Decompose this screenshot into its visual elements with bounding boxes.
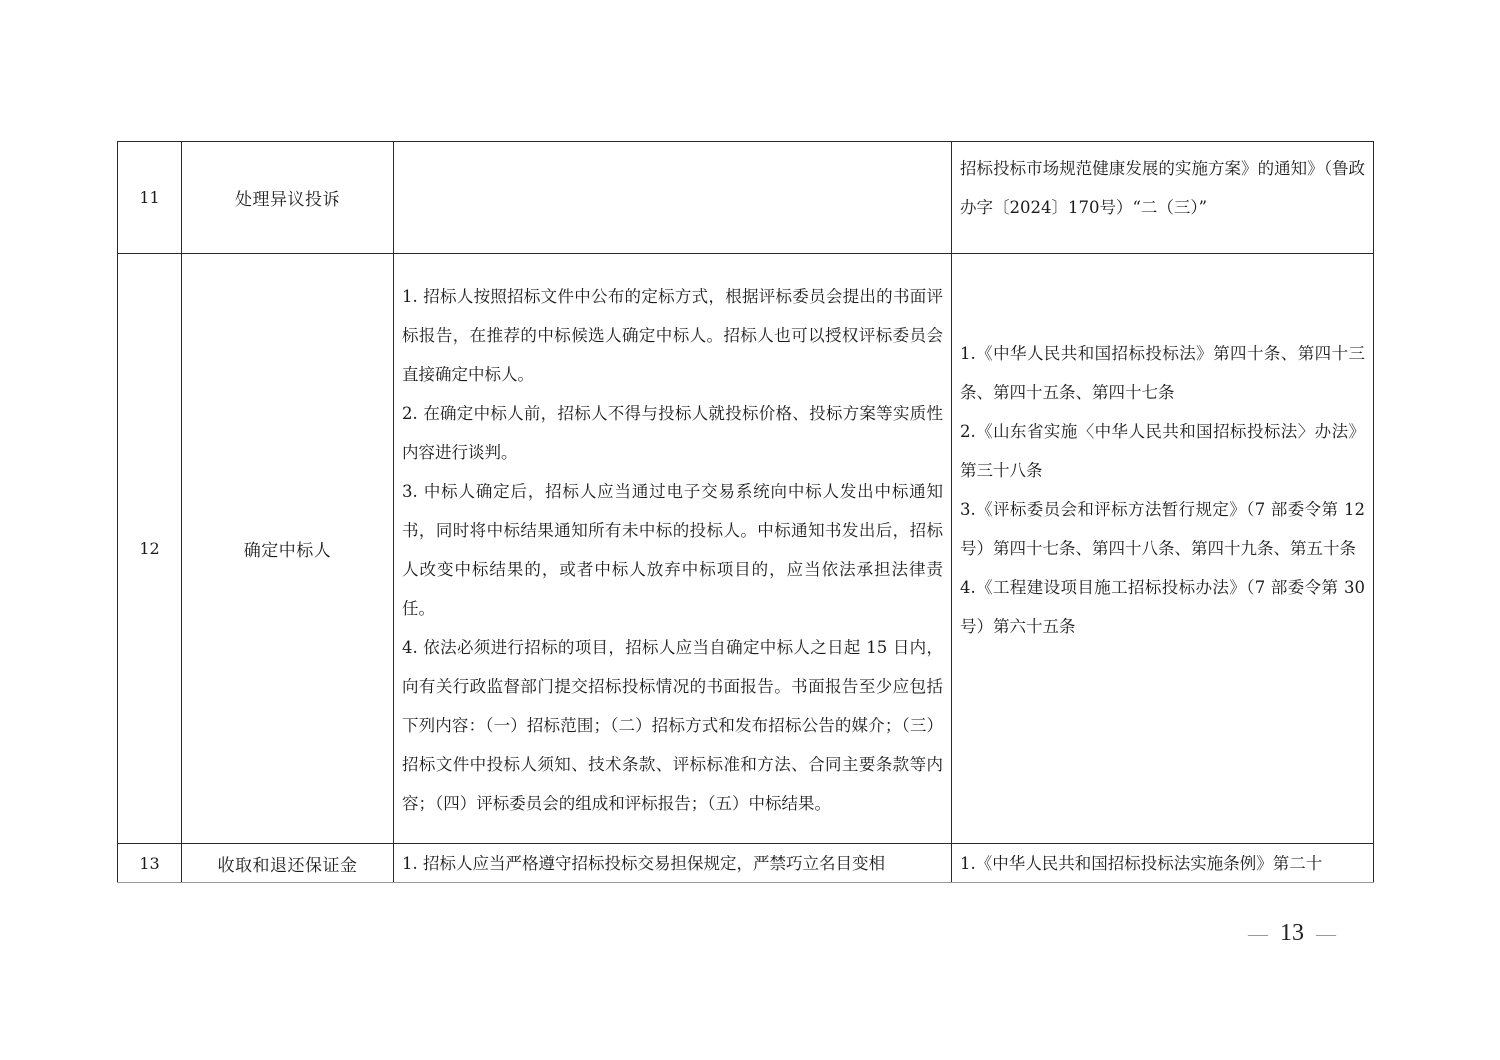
- page-number-value: 13: [1280, 920, 1304, 946]
- page-dash-left: —: [1248, 923, 1268, 945]
- basis-paragraph: 1.《中华人民共和国招标投标法》第四十条、第四十三条、第四十五条、第四十七条: [960, 334, 1365, 412]
- row-number: 13: [118, 844, 182, 883]
- basis-paragraph: 2.《山东省实施〈中华人民共和国招标投标法〉办法》第三十八条: [960, 412, 1365, 490]
- row-legal-basis: 招标投标市场规范健康发展的实施方案》的通知》（鲁政办字〔2024〕170号）“二…: [952, 142, 1374, 254]
- requirement-paragraph: 3. 中标人确定后，招标人应当通过电子交易系统向中标人发出中标通知书，同时将中标…: [402, 472, 943, 628]
- row-number: 11: [118, 142, 182, 254]
- page-dash-right: —: [1316, 923, 1336, 945]
- requirement-paragraph: 1. 招标人应当严格遵守招标投标交易担保规定，严禁巧立名目变相: [402, 845, 943, 882]
- requirement-paragraph: 1. 招标人按照招标文件中公布的定标方式，根据评标委员会提出的书面评标报告，在推…: [402, 277, 943, 394]
- row-item-title: 确定中标人: [182, 254, 394, 844]
- basis-paragraph: 4.《工程建设项目施工招标投标办法》（7 部委令第 30 号）第六十五条: [960, 568, 1365, 646]
- row-legal-basis: 1.《中华人民共和国招标投标法实施条例》第二十: [952, 844, 1374, 883]
- basis-paragraph: 1.《中华人民共和国招标投标法实施条例》第二十: [960, 845, 1365, 882]
- row-item-title: 处理异议投诉: [182, 142, 394, 254]
- basis-paragraph: 招标投标市场规范健康发展的实施方案》的通知》（鲁政办字〔2024〕170号）“二…: [960, 149, 1365, 227]
- row-requirements: 1. 招标人按照招标文件中公布的定标方式，根据评标委员会提出的书面评标报告，在推…: [394, 254, 952, 844]
- requirement-paragraph: 2. 在确定中标人前，招标人不得与投标人就投标价格、投标方案等实质性内容进行谈判…: [402, 394, 943, 472]
- row-requirements: 1. 招标人应当严格遵守招标投标交易担保规定，严禁巧立名目变相: [394, 844, 952, 883]
- row-requirements: [394, 142, 952, 254]
- basis-paragraph: 3.《评标委员会和评标方法暂行规定》（7 部委令第 12 号）第四十七条、第四十…: [960, 490, 1365, 568]
- row-legal-basis: 1.《中华人民共和国招标投标法》第四十条、第四十三条、第四十五条、第四十七条 2…: [952, 254, 1374, 844]
- table-row-13: 13 收取和退还保证金 1. 招标人应当严格遵守招标投标交易担保规定，严禁巧立名…: [118, 844, 1374, 883]
- table-row-11: 11 处理异议投诉 招标投标市场规范健康发展的实施方案》的通知》（鲁政办字〔20…: [118, 142, 1374, 254]
- requirement-paragraph: 4. 依法必须进行招标的项目，招标人应当自确定中标人之日起 15 日内，向有关行…: [402, 628, 943, 823]
- page-number: —13—: [1236, 920, 1348, 947]
- regulation-table: 11 处理异议投诉 招标投标市场规范健康发展的实施方案》的通知》（鲁政办字〔20…: [117, 141, 1374, 883]
- row-item-title: 收取和退还保证金: [182, 844, 394, 883]
- row-number: 12: [118, 254, 182, 844]
- table-row-12: 12 确定中标人 1. 招标人按照招标文件中公布的定标方式，根据评标委员会提出的…: [118, 254, 1374, 844]
